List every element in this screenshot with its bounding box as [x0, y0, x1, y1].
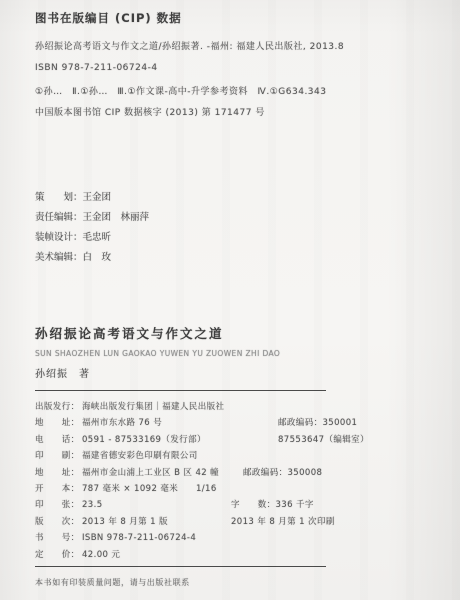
pub-right-value: 邮政编码：350008 — [243, 465, 322, 481]
pub-label: 出版发行： — [35, 399, 82, 415]
credit-row-planner: 策 划：王金团 — [35, 188, 149, 208]
pub-label: 电 话： — [35, 432, 82, 448]
book-title-block: 孙绍振论高考语文与作文之道 SUN SHAOZHEN LUN GAOKAO YU… — [35, 324, 280, 380]
cip-data-section: 图书在版编目 (CIP) 数据 孙绍振论高考语文与作文之道/孙绍振著. -福州:… — [35, 10, 435, 119]
pub-right-value: 87553647（编辑室） — [278, 432, 369, 448]
pub-row-printer-address: 地 址：福州市金山浦上工业区 B 区 42 幢邮政编码：350008 — [35, 465, 435, 481]
publication-details-section: 出版发行：海峡出版发行集团｜福建人民出版社 地 址：福州市东水路 76 号邮政编… — [35, 399, 435, 563]
pub-label: 版 次： — [35, 514, 82, 530]
pub-row-edition: 版 次：2013 年 8 月第 1 版2013 年 8 月第 1 次印刷 — [35, 514, 435, 530]
credit-label: 美术编辑： — [35, 248, 83, 268]
pub-row-format: 开 本：787 毫米 × 1092 毫米 1/16 — [35, 481, 435, 497]
credit-value: 毛忠昕 — [83, 232, 112, 243]
pub-row-sheets: 印 张：23.5字 数：336 千字 — [35, 497, 435, 513]
pub-value: 42.00 元 — [82, 550, 120, 560]
cip-isbn-line: ISBN 978-7-211-06724-4 — [35, 63, 435, 74]
pub-right-value: 字 数：336 千字 — [231, 497, 314, 513]
book-title-pinyin: SUN SHAOZHEN LUN GAOKAO YUWEN YU ZUOWEN … — [35, 349, 280, 358]
pub-label: 印 张： — [35, 497, 82, 513]
credit-row-art-editor: 美术编辑：白 玫 — [35, 248, 149, 268]
credit-value: 王金团 — [83, 192, 112, 203]
pub-value: 福建省德安彩色印刷有限公司 — [82, 451, 198, 461]
divider-bottom — [35, 566, 326, 567]
credit-label: 策 划： — [35, 188, 83, 208]
credit-row-editor: 责任编辑：王金团 林丽萍 — [35, 208, 149, 228]
credit-row-designer: 装帧设计：毛忠昕 — [35, 228, 149, 248]
pub-label: 地 址： — [35, 465, 82, 481]
book-copyright-page: 图书在版编目 (CIP) 数据 孙绍振论高考语文与作文之道/孙绍振著. -福州:… — [0, 0, 460, 600]
cip-classification-line: ①孙… Ⅱ.①孙… Ⅲ.①作文课-高中-升学参考资料 Ⅳ.①G634.343 — [35, 87, 435, 98]
book-title: 孙绍振论高考语文与作文之道 — [35, 324, 280, 342]
book-author: 孙绍振 著 — [35, 365, 280, 380]
pub-label: 地 址： — [35, 415, 82, 431]
pub-value: ISBN 978-7-211-06724-4 — [82, 533, 196, 543]
pub-row-book-number: 书 号：ISBN 978-7-211-06724-4 — [35, 530, 435, 546]
pub-label: 开 本： — [35, 481, 82, 497]
pub-right-value: 2013 年 8 月第 1 次印刷 — [231, 514, 335, 530]
cip-heading: 图书在版编目 (CIP) 数据 — [35, 10, 435, 26]
pub-value: 福州市金山浦上工业区 B 区 42 幢 — [82, 468, 219, 478]
pub-label: 印 刷： — [35, 448, 82, 464]
pub-label: 书 号： — [35, 530, 82, 546]
pub-value: 海峡出版发行集团｜福建人民出版社 — [82, 402, 224, 412]
pub-row-printer: 印 刷：福建省德安彩色印刷有限公司 — [35, 448, 435, 464]
divider-top — [35, 390, 326, 391]
cip-title-line: 孙绍振论高考语文与作文之道/孙绍振著. -福州: 福建人民出版社, 2013.8 — [35, 42, 435, 53]
credit-label: 装帧设计： — [35, 228, 83, 248]
pub-value: 23.5 — [82, 500, 103, 510]
pub-row-price: 定 价：42.00 元 — [35, 547, 435, 563]
pub-row-publisher: 出版发行：海峡出版发行集团｜福建人民出版社 — [35, 399, 435, 415]
cip-record-line: 中国版本图书馆 CIP 数据核字 (2013) 第 171477 号 — [35, 108, 435, 119]
pub-value: 0591 - 87533169（发行部） — [82, 435, 206, 445]
pub-row-address: 地 址：福州市东水路 76 号邮政编码：350001 — [35, 415, 435, 431]
credit-value: 白 玫 — [83, 252, 112, 263]
staff-credits-section: 策 划：王金团 责任编辑：王金团 林丽萍 装帧设计：毛忠昕 美术编辑：白 玫 — [35, 188, 149, 268]
quality-notice: 本书如有印装质量问题，请与出版社联系 — [35, 577, 190, 588]
pub-right-value: 邮政编码：350001 — [278, 415, 357, 431]
pub-value: 787 毫米 × 1092 毫米 1/16 — [82, 484, 217, 494]
credit-label: 责任编辑： — [35, 208, 83, 228]
credit-value: 王金团 林丽萍 — [83, 212, 150, 223]
pub-label: 定 价： — [35, 547, 82, 563]
pub-value: 2013 年 8 月第 1 版 — [82, 517, 168, 527]
pub-value: 福州市东水路 76 号 — [82, 418, 162, 428]
pub-row-phone: 电 话：0591 - 87533169（发行部）87553647（编辑室） — [35, 432, 435, 448]
